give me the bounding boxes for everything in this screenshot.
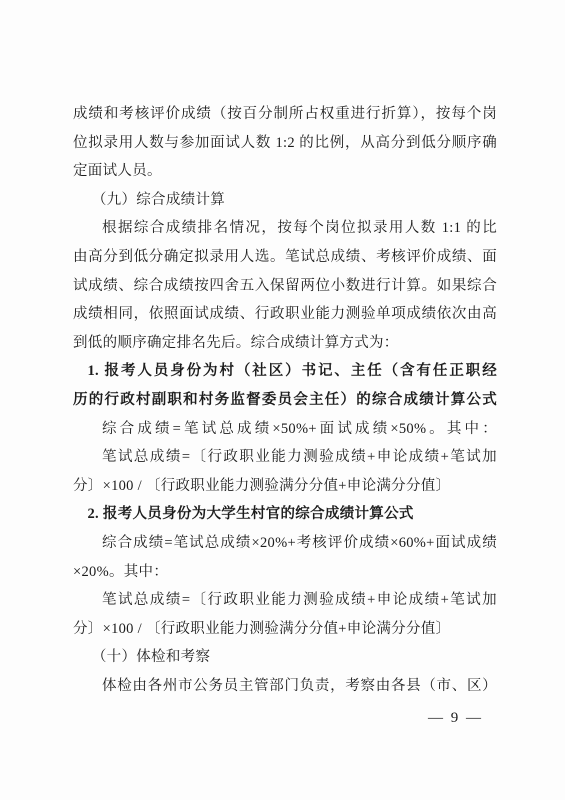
text-line: 2. 报考人员身份为大学生村官的综合成绩计算公式 [73,500,497,529]
text-line: 分〕×100 / 〔行政职业能力测验满分分值+申论满分分值〕 [73,472,497,501]
text-line: 成绩相同，依照面试成绩、行政职业能力测验单项成绩依次由高 [73,300,497,329]
text-line: 体检由各州市公务员主管部门负责，考察由各县（市、区） [73,672,497,701]
text-line: 综合成绩=笔试总成绩×50%+面试成绩×50%。其中： [73,415,497,444]
text-line: 试成绩、综合成绩按四舍五入保留两位小数进行计算。如果综合 [73,272,497,301]
text-line: 1. 报考人员身份为村（社区）书记、主任（含有任正职经 [73,357,497,386]
text-line: 笔试总成绩=〔行政职业能力测验成绩+申论成绩+笔试加 [73,443,497,472]
text-line: 由高分到低分确定拟录用人选。笔试总成绩、考核评价成绩、面 [73,243,497,272]
text-line: （十）体检和考察 [73,643,497,672]
text-line: 位拟录用人数与参加面试人数 1:2 的比例，从高分到低分顺序确 [73,129,497,158]
text-line: 到低的顺序确定排名先后。综合成绩计算方式为： [73,329,497,358]
text-line: ×20%。其中： [73,558,497,587]
text-line: 综合成绩=笔试总成绩×20%+考核评价成绩×60%+面试成绩 [73,529,497,558]
text-line: 定面试人员。 [73,157,497,186]
text-line: 分〕×100 / 〔行政职业能力测验满分分值+申论满分分值〕 [73,615,497,644]
page-number: — 9 — [428,704,483,732]
text-line: 笔试总成绩=〔行政职业能力测验成绩+申论成绩+笔试加 [73,586,497,615]
text-line: 根据综合成绩排名情况，按每个岗位拟录用人数 1:1 的比例， [73,214,497,243]
document-body: 成绩和考核评价成绩（按百分制所占权重进行折算），按每个岗位拟录用人数与参加面试人… [73,100,497,700]
text-line: 成绩和考核评价成绩（按百分制所占权重进行折算），按每个岗 [73,100,497,129]
text-line: （九）综合成绩计算 [73,186,497,215]
text-line: 历的行政村副职和村务监督委员会主任）的综合成绩计算公式 [73,386,497,415]
document-page: 成绩和考核评价成绩（按百分制所占权重进行折算），按每个岗位拟录用人数与参加面试人… [0,0,565,800]
